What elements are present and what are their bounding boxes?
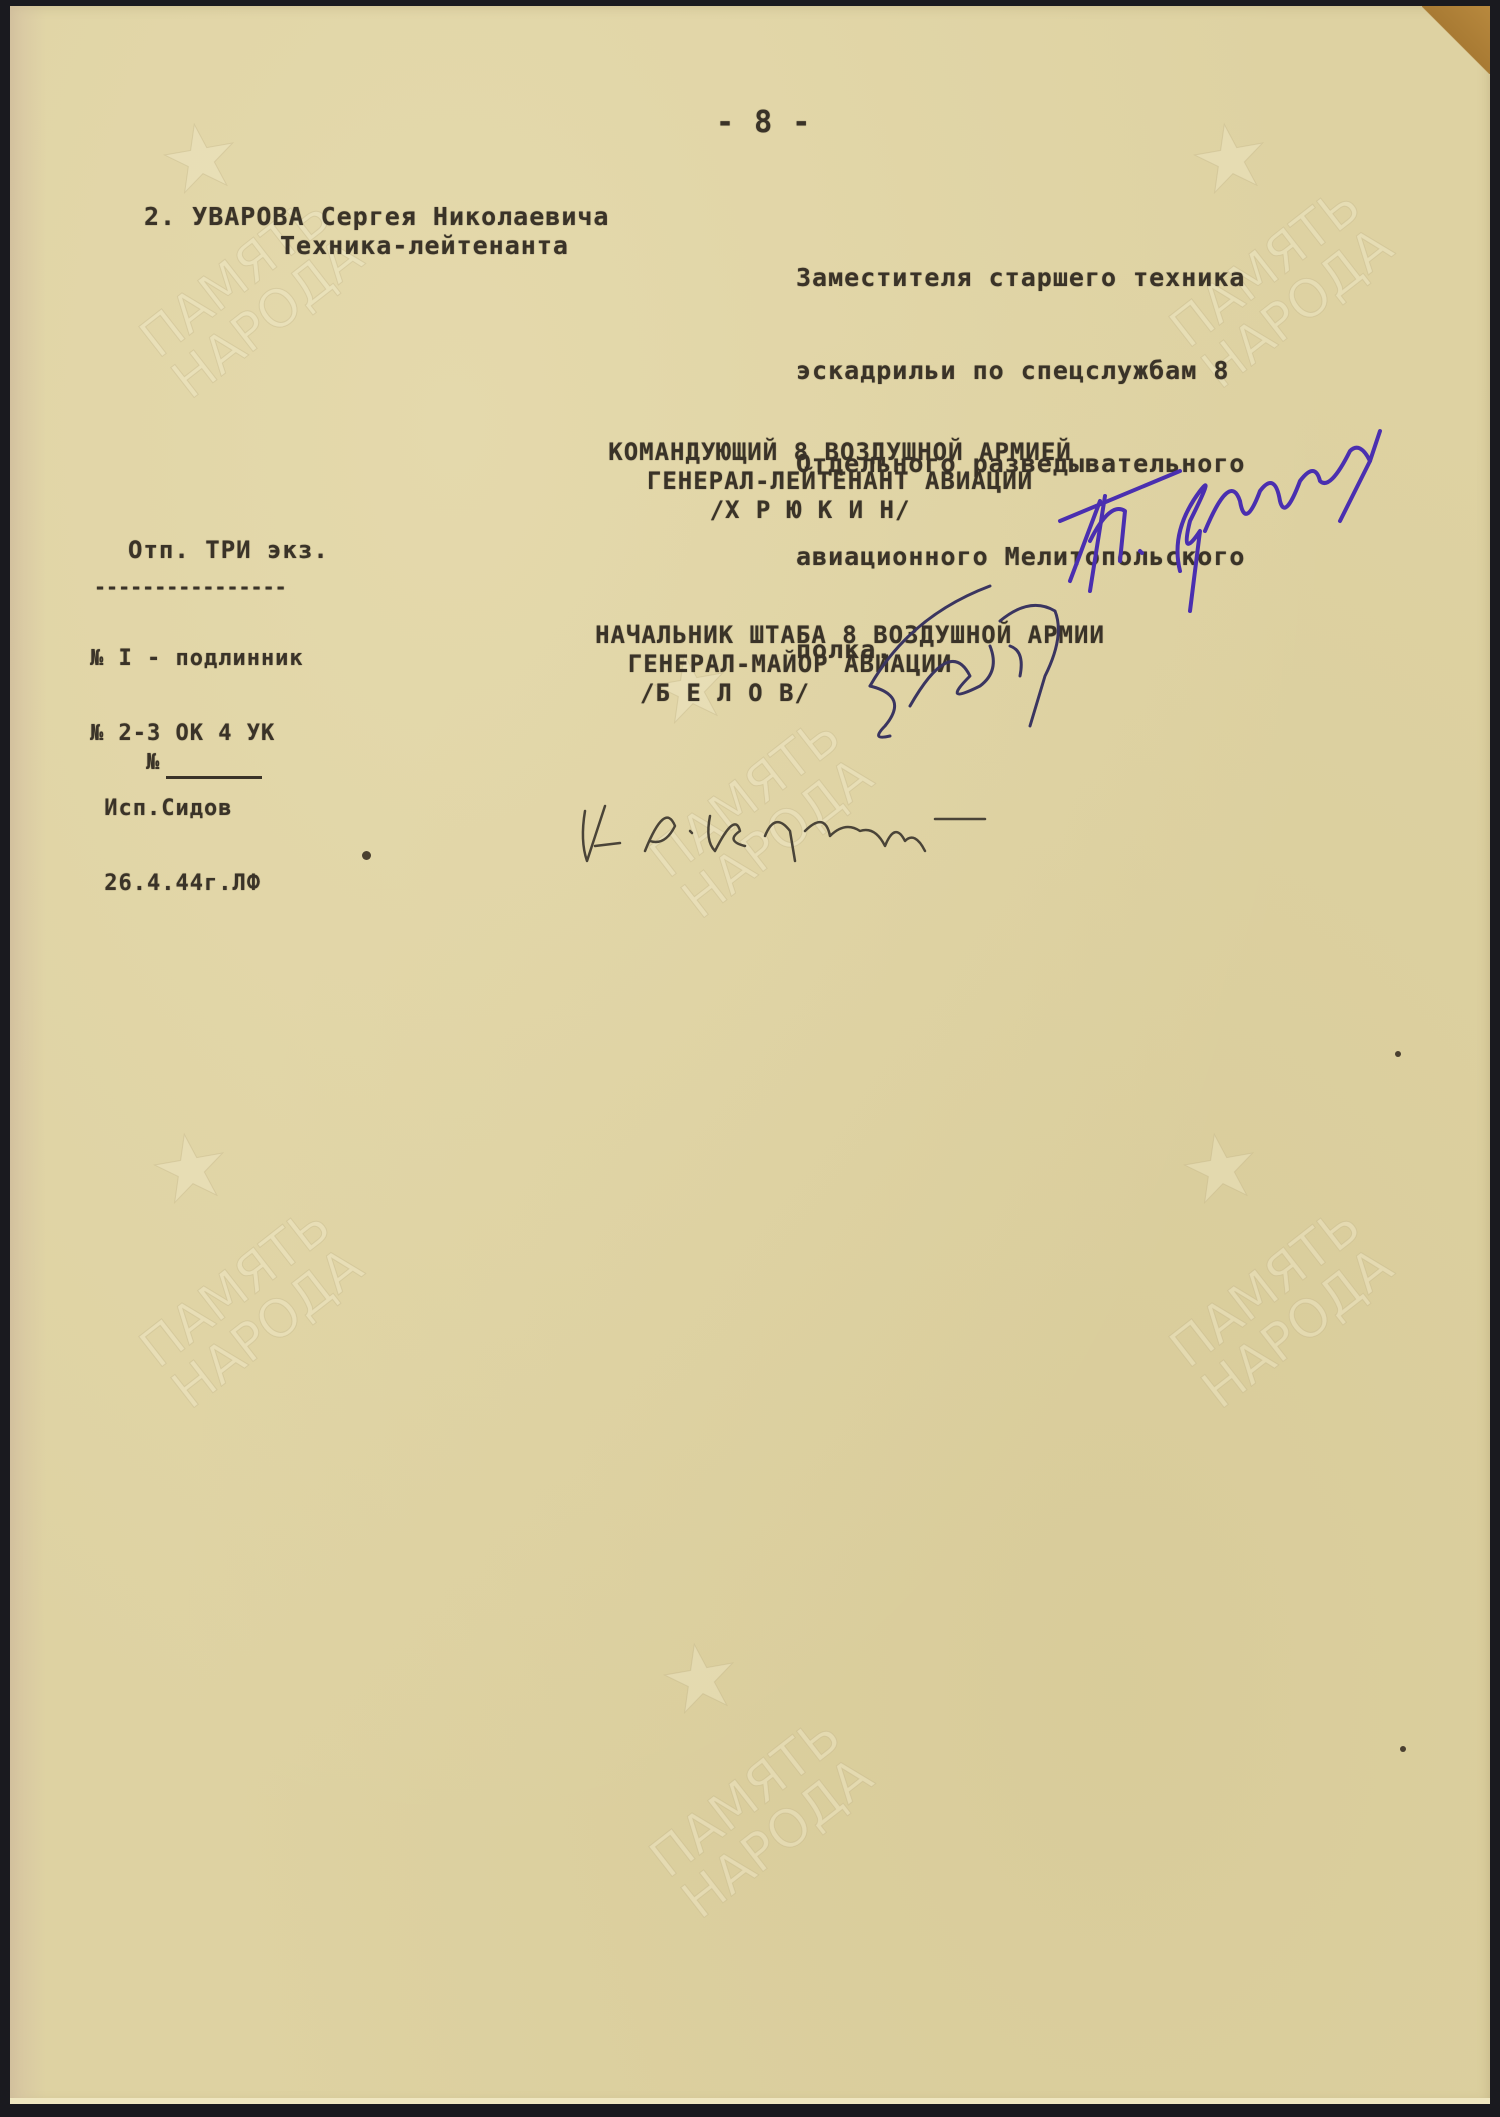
watermark: ПАМЯТЬ НАРОДА (642, 1708, 882, 1927)
entry-rank: Техника-лейтенанта (280, 231, 569, 260)
ink-speck (1400, 1746, 1406, 1752)
copies-note: Отп. ТРИ экз. (128, 536, 329, 565)
position-line: эскадрильи по спецслужбам 8 (796, 355, 1245, 386)
bottom-edge (10, 2098, 1490, 2104)
date-line: 26.4.44г.ЛФ (90, 871, 304, 896)
ink-speck (1395, 1051, 1401, 1057)
entry-name: 2. УВАРОВА Сергея Николаевича (144, 202, 610, 231)
document-page: ★ ПАМЯТЬ НАРОДА ★ ПАМЯТЬ НАРОДА ★ ПАМЯТЬ… (10, 6, 1490, 2104)
number-label: № (146, 748, 160, 777)
watermark-star-icon: ★ (141, 1110, 239, 1227)
position-line: Заместителя старшего техника (796, 262, 1245, 293)
chief-of-staff-signature (850, 576, 1130, 746)
copy-line: № 2-3 ОК 4 УК (90, 721, 304, 746)
number-blank-line (166, 776, 262, 779)
watermark-star-icon: ★ (151, 100, 249, 217)
executor-line: Исп.Сидов (90, 796, 304, 821)
watermark-line2: НАРОДА (674, 1749, 882, 1927)
copy-line: № I - подлинник (90, 646, 304, 671)
watermark-line2: НАРОДА (1194, 1239, 1402, 1417)
watermark-line2: НАРОДА (164, 1239, 372, 1417)
corner-fold (1422, 6, 1490, 74)
copy-distribution-list: № I - подлинник № 2-3 ОК 4 УК Исп.Сидов … (90, 596, 304, 946)
watermark: ПАМЯТЬ НАРОДА (132, 1198, 372, 1417)
ink-speck (362, 851, 371, 860)
binding-edge (10, 6, 46, 2104)
watermark-star-icon: ★ (1171, 1110, 1269, 1227)
handwritten-note (575, 791, 995, 871)
watermark: ПАМЯТЬ НАРОДА (1162, 1198, 1402, 1417)
watermark-star-icon: ★ (651, 1620, 749, 1737)
page-number: - 8 - (716, 108, 811, 137)
